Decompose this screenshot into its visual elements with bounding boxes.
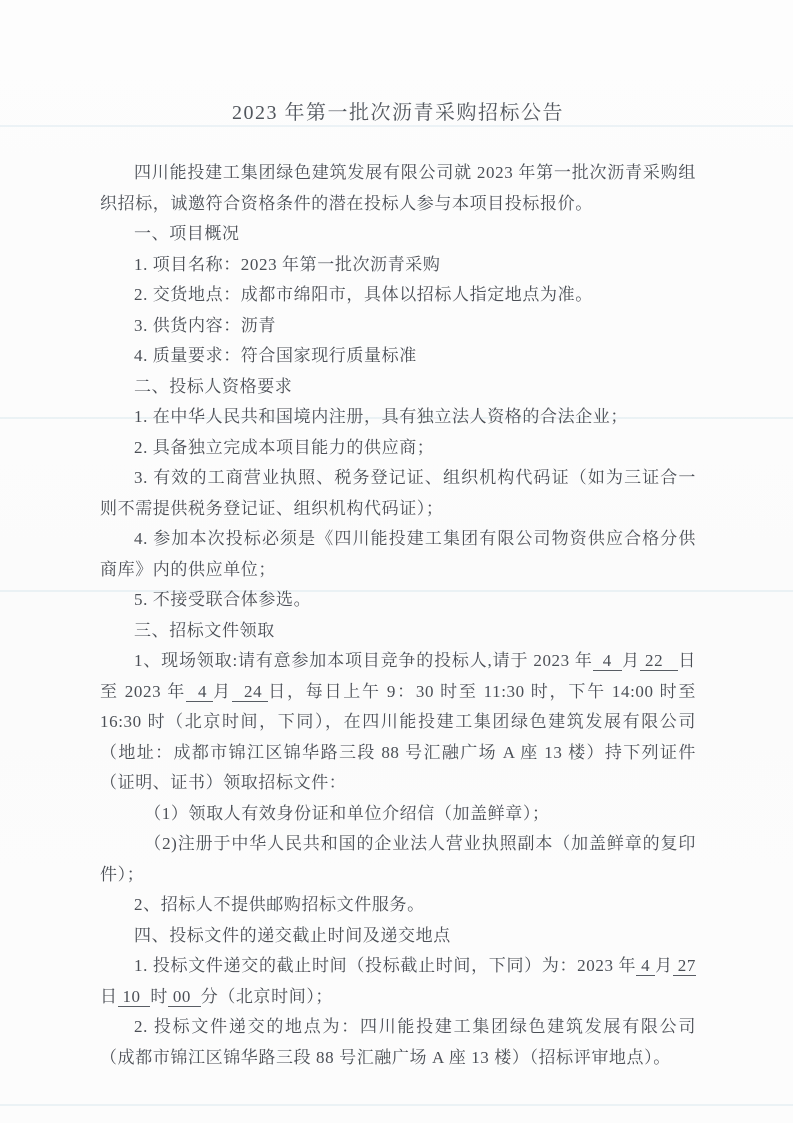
collection-credential-item-2: （2)注册于中华人民共和国的企业法人营业执照副本（加盖鲜章的复印件）； bbox=[100, 829, 696, 890]
text-segment: 月 bbox=[655, 956, 673, 975]
blank-start-day: 22 bbox=[640, 651, 679, 671]
text-segment: 1. 投标文件递交的截止时间（投标截止时间，下同）为：2023 年 bbox=[134, 956, 636, 975]
section-overview-heading: 一、项目概况 bbox=[100, 219, 696, 250]
qualification-item-3: 3. 有效的工商营业执照、税务登记证、组织机构代码证（如为三证合一则不需提供税务… bbox=[100, 463, 696, 524]
qualification-item-4: 4. 参加本次投标必须是《四川能投建工集团有限公司物资供应合格分供商库》内的供应… bbox=[100, 524, 696, 585]
submission-deadline-paragraph: 1. 投标文件递交的截止时间（投标截止时间，下同）为：2023 年 4 月 27… bbox=[100, 951, 696, 1012]
document-page: 2023 年第一批次沥青采购招标公告 四川能投建工集团绿色建筑发展有限公司就 2… bbox=[0, 0, 793, 1123]
overview-item-delivery-place: 2. 交货地点：成都市绵阳市，具体以招标人指定地点为准。 bbox=[100, 280, 696, 311]
document-body: 2023 年第一批次沥青采购招标公告 四川能投建工集团绿色建筑发展有限公司就 2… bbox=[100, 98, 696, 1073]
blank-deadline-hour: 10 bbox=[118, 987, 151, 1007]
submission-place-paragraph: 2. 投标文件递交的地点为：四川能投建工集团绿色建筑发展有限公司（成都市锦江区锦… bbox=[100, 1012, 696, 1073]
scan-artifact-line bbox=[0, 1104, 793, 1106]
section-collection-heading: 三、招标文件领取 bbox=[100, 616, 696, 647]
collection-credential-item-1: （1）领取人有效身份证和单位介绍信（加盖鲜章）； bbox=[100, 799, 696, 830]
text-segment: 时 bbox=[150, 987, 168, 1006]
text-segment: 月 bbox=[622, 651, 640, 670]
blank-end-month: 4 bbox=[186, 682, 213, 702]
text-segment: 1、现场领取:请有意参加本项目竞争的投标人,请于 2023 年 bbox=[134, 651, 593, 670]
blank-deadline-day: 27 bbox=[673, 956, 696, 976]
section-submission-heading: 四、投标文件的递交截止时间及递交地点 bbox=[100, 921, 696, 952]
blank-start-month: 4 bbox=[593, 651, 622, 671]
blank-deadline-month: 4 bbox=[636, 956, 655, 976]
blank-end-day: 24 bbox=[232, 682, 268, 702]
document-title: 2023 年第一批次沥青采购招标公告 bbox=[100, 98, 696, 128]
qualification-item-1: 1. 在中华人民共和国境内注册，具有独立法人资格的合法企业； bbox=[100, 402, 696, 433]
overview-item-quality-requirement: 4. 质量要求：符合国家现行质量标准 bbox=[100, 341, 696, 372]
intro-paragraph: 四川能投建工集团绿色建筑发展有限公司就 2023 年第一批次沥青采购组织招标，诚… bbox=[100, 158, 696, 219]
overview-item-supply-content: 3. 供货内容：沥青 bbox=[100, 311, 696, 342]
section-qualification-heading: 二、投标人资格要求 bbox=[100, 372, 696, 403]
qualification-item-2: 2. 具备独立完成本项目能力的供应商； bbox=[100, 433, 696, 464]
text-segment: 月 bbox=[213, 682, 232, 701]
collection-onsite-paragraph: 1、现场领取:请有意参加本项目竞争的投标人,请于 2023 年 4 月 22 日… bbox=[100, 646, 696, 799]
blank-deadline-minute: 00 bbox=[168, 987, 201, 1007]
overview-item-project-name: 1. 项目名称：2023 年第一批次沥青采购 bbox=[100, 250, 696, 281]
text-segment: 分（北京时间）； bbox=[201, 987, 333, 1006]
qualification-item-5: 5. 不接受联合体参选。 bbox=[100, 585, 696, 616]
collection-no-mail-paragraph: 2、招标人不提供邮购招标文件服务。 bbox=[100, 890, 696, 921]
text-segment: 日 bbox=[100, 987, 118, 1006]
